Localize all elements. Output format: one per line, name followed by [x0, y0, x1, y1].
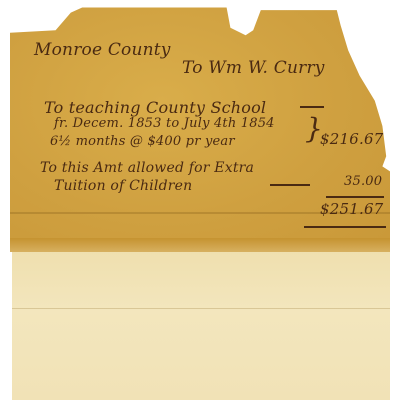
- total-amount: $251.67: [320, 200, 383, 218]
- debtor-name: Monroe County: [34, 40, 171, 60]
- creditor-name: To Wm W. Curry: [182, 58, 325, 78]
- line-item-description: Tuition of Children: [54, 178, 192, 194]
- line-item-description: 6½ months @ $400 pr year: [50, 134, 235, 149]
- total-underline: [304, 226, 386, 228]
- fold-band: [10, 238, 390, 252]
- paper-crease: [12, 308, 390, 309]
- line-item-description: To this Amt allowed for Extra: [40, 160, 254, 176]
- line-item-amount: 35.00: [344, 174, 382, 189]
- sum-rule: [326, 196, 384, 198]
- line-item-amount: $216.67: [320, 130, 383, 148]
- line-item-description: To teaching County School: [44, 98, 266, 117]
- underline-rule: [270, 184, 310, 186]
- lower-paper-sheet: [12, 250, 390, 400]
- line-item-description: fr. Decem. 1853 to July 4th 1854: [54, 116, 275, 131]
- underline-rule: [300, 106, 324, 108]
